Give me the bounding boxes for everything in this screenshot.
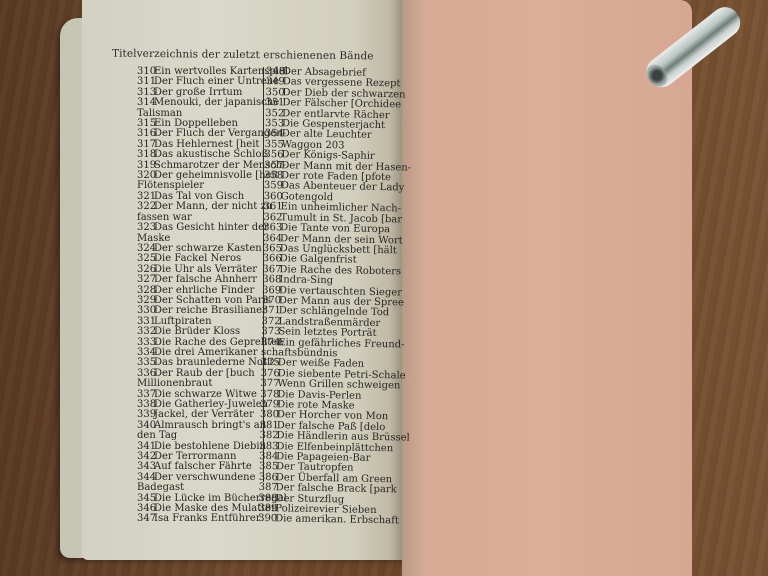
volume-number: 347 [137, 514, 154, 524]
volume-title: Der Raub der [buch [154, 368, 255, 379]
volume-title: Der falsche Ahnherr [154, 274, 257, 285]
volume-title: Der geheimnisvolle [heit [154, 170, 279, 181]
title-list-right-column: 348Der Absagebrief349Das vergessene Reze… [258, 67, 394, 527]
title-entry: 323Das Gesicht hinter der [137, 223, 265, 233]
volume-number: 327 [137, 275, 154, 285]
volume-title: Luftpiraten [154, 316, 212, 327]
volume-title: Menouki, der japanische [154, 97, 279, 108]
title-entry: 390Die amerikan. Erbschaft [258, 514, 386, 527]
volume-title: Das Tal von Gisch [154, 191, 244, 202]
volume-title: Die Uhr als Verräter [154, 264, 257, 275]
volume-title: Der schwarze Kasten [154, 243, 262, 254]
volume-title: Der verschwundene [154, 472, 256, 483]
title-list-left-column: 310Ein wertvolles Kartenspiel311Der Fluc… [137, 67, 265, 525]
volume-title: Der reiche Brasilianer [154, 305, 267, 316]
volume-number: 390 [258, 514, 275, 525]
volume-title: Auf falscher Fährte [154, 461, 252, 472]
title-entry: 347Isa Franks Entführer [137, 514, 265, 524]
volume-title: Der Schatten von Paris [154, 295, 271, 306]
volume-title: Die amerikan. Erbschaft [275, 514, 399, 527]
volume-title: Das Gesicht hinter der [154, 222, 269, 233]
volume-title: Der Fluch einer Untreue [154, 76, 279, 87]
volume-title: Ein Doppelleben [154, 118, 238, 129]
volume-title: Almrausch bringt's an [154, 420, 266, 431]
volume-title: Die Gatherley-Juwelen [154, 399, 268, 410]
volume-title: Das Hehlernest [heit [154, 139, 259, 150]
volume-number: 332 [137, 327, 154, 337]
volume-title: Die schwarze Witwe [154, 389, 257, 400]
volume-title: Die drei Amerikaner [154, 347, 258, 358]
volume-title: Der große Irrtum [154, 87, 242, 98]
right-page-pink-endpaper [402, 0, 692, 576]
volume-title: Der Mann, der nicht zu [154, 201, 272, 212]
volume-title: Der Terrormann [154, 451, 236, 462]
volume-title: Die Fackel Neros [154, 253, 241, 264]
volume-title: Die Brüder Kloss [154, 326, 240, 337]
volume-title: Die bestohlene Diebin [154, 441, 266, 452]
volume-number: 323 [137, 223, 154, 233]
volume-title: Der ehrliche Finder [154, 285, 254, 296]
volume-title: Jackel, der Verräter [154, 409, 254, 420]
volume-title: Isa Franks Entführer [154, 513, 261, 524]
volume-title: Das akustische Schloß [154, 149, 268, 160]
